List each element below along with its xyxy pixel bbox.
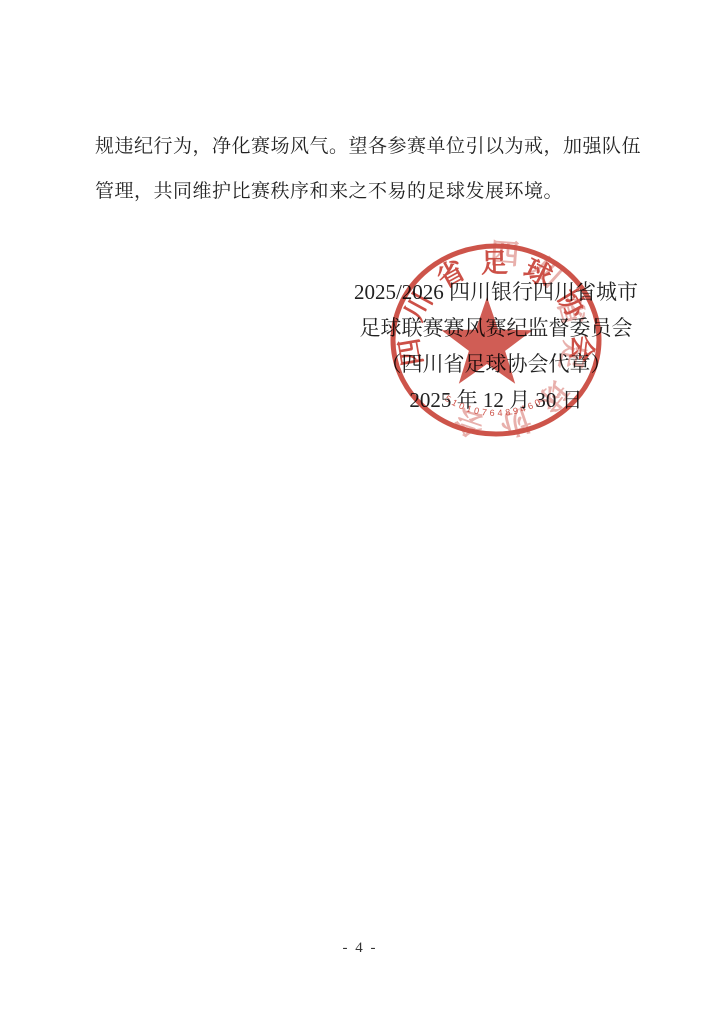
signature-org-line-1: 2025/2026 四川银行四川省城市 — [346, 274, 646, 310]
document-page: 规违纪行为，净化赛场风气。望各参赛单位引以为戒，加强队伍 管理，共同维护比赛秩序… — [0, 0, 720, 1018]
signature-block: 2025/2026 四川银行四川省城市 足球联赛赛风赛纪监督委员会 （四川省足球… — [346, 274, 646, 418]
page-number: - 4 - — [0, 940, 720, 957]
signature-proxy-note: （四川省足球协会代章） — [346, 346, 646, 382]
body-line: 管理，共同维护比赛秩序和来之不易的足球发展环境。 — [95, 169, 655, 214]
body-paragraph: 规违纪行为，净化赛场风气。望各参赛单位引以为戒，加强队伍 管理，共同维护比赛秩序… — [95, 124, 655, 214]
body-line: 规违纪行为，净化赛场风气。望各参赛单位引以为戒，加强队伍 — [95, 124, 655, 169]
signature-org-line-2: 足球联赛赛风赛纪监督委员会 — [346, 310, 646, 346]
signature-date: 2025 年 12 月 30 日 — [346, 382, 646, 418]
